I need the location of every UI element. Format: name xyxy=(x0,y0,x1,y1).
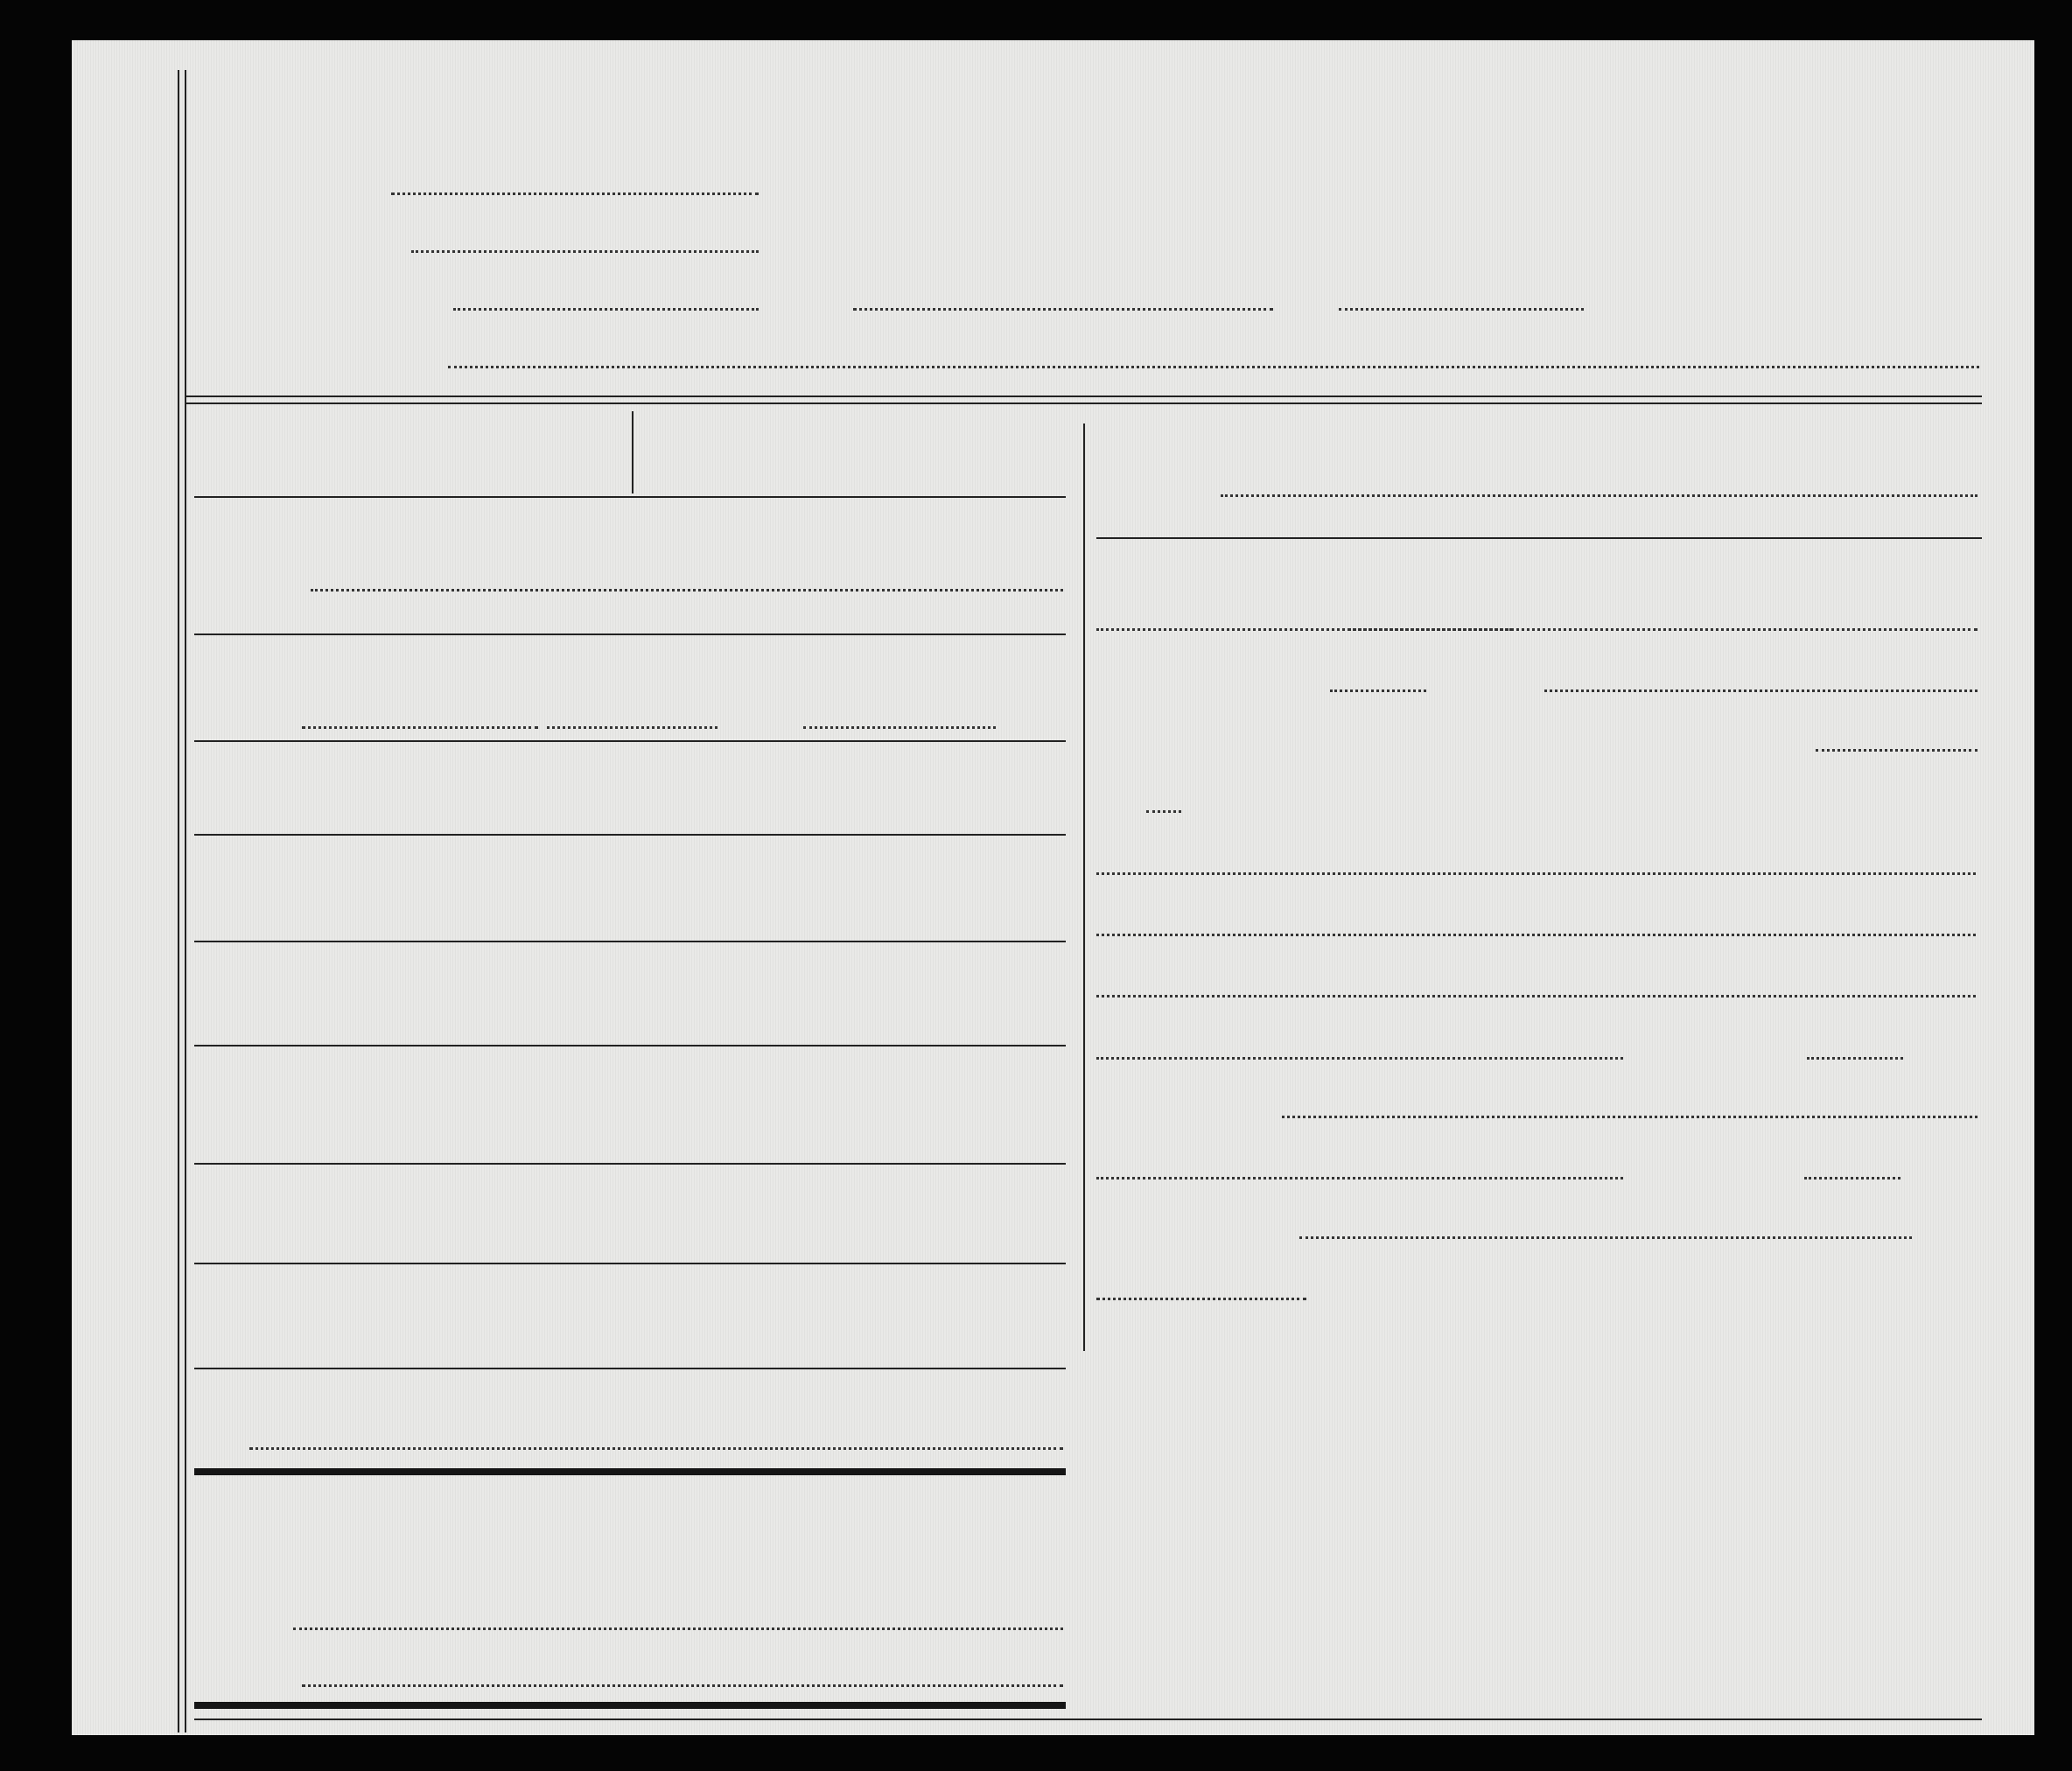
city-field[interactable] xyxy=(453,308,759,311)
border-line xyxy=(185,70,186,1732)
field-divider xyxy=(632,411,633,493)
cause-field-line-3[interactable] xyxy=(1096,995,1976,997)
attestation-rule xyxy=(194,1468,1066,1475)
cause-field-line-1[interactable] xyxy=(1096,872,1976,875)
full-name-field[interactable] xyxy=(448,366,1979,368)
section-rule xyxy=(185,395,1982,397)
contributory-field[interactable] xyxy=(1282,1116,1977,1118)
certificate-paper xyxy=(72,40,2034,1735)
section-rule xyxy=(194,633,1066,635)
age-years-field[interactable] xyxy=(302,726,538,729)
contributory-field-line-2[interactable] xyxy=(1096,1177,1623,1179)
section-rule xyxy=(194,496,1066,498)
township-field[interactable] xyxy=(411,250,759,253)
age-days-field[interactable] xyxy=(803,726,996,729)
section-rule xyxy=(194,1263,1066,1264)
death-date-field[interactable] xyxy=(1221,494,1977,497)
street-number-field[interactable] xyxy=(853,308,1273,311)
cause-field-line-2[interactable] xyxy=(1096,934,1976,936)
last-saw-pronoun-field[interactable] xyxy=(1330,689,1426,692)
age-months-field[interactable] xyxy=(547,726,717,729)
section-rule xyxy=(194,1045,1066,1046)
section-rule xyxy=(1096,537,1982,539)
death-time-field[interactable] xyxy=(1816,749,1977,752)
cause-duration-field[interactable] xyxy=(1807,1057,1903,1060)
bottom-rule xyxy=(194,1718,1982,1720)
occupation-field[interactable] xyxy=(249,1447,1063,1450)
section-rule xyxy=(194,1702,1066,1709)
column-divider xyxy=(1083,423,1085,1351)
ward-field[interactable] xyxy=(1339,308,1584,311)
meridiem-field[interactable] xyxy=(1146,810,1181,813)
section-rule xyxy=(185,402,1982,404)
section-rule xyxy=(194,1368,1066,1369)
signed-date-field[interactable] xyxy=(1096,1298,1306,1300)
county-field[interactable] xyxy=(391,192,759,195)
section-rule xyxy=(194,740,1066,742)
contributory-duration-field[interactable] xyxy=(1804,1177,1900,1179)
border-line xyxy=(178,70,179,1732)
section-rule xyxy=(194,1163,1066,1165)
section-rule xyxy=(194,941,1066,942)
section-rule xyxy=(194,834,1066,836)
signature-field[interactable] xyxy=(1299,1236,1912,1239)
birth-date-field[interactable] xyxy=(311,589,1063,591)
informant-field[interactable] xyxy=(293,1627,1063,1630)
cause-field-line-4[interactable] xyxy=(1096,1057,1623,1060)
last-saw-date-field[interactable] xyxy=(1544,689,1977,692)
attended-to-field[interactable] xyxy=(1347,628,1977,631)
informant-address-field[interactable] xyxy=(302,1684,1063,1687)
